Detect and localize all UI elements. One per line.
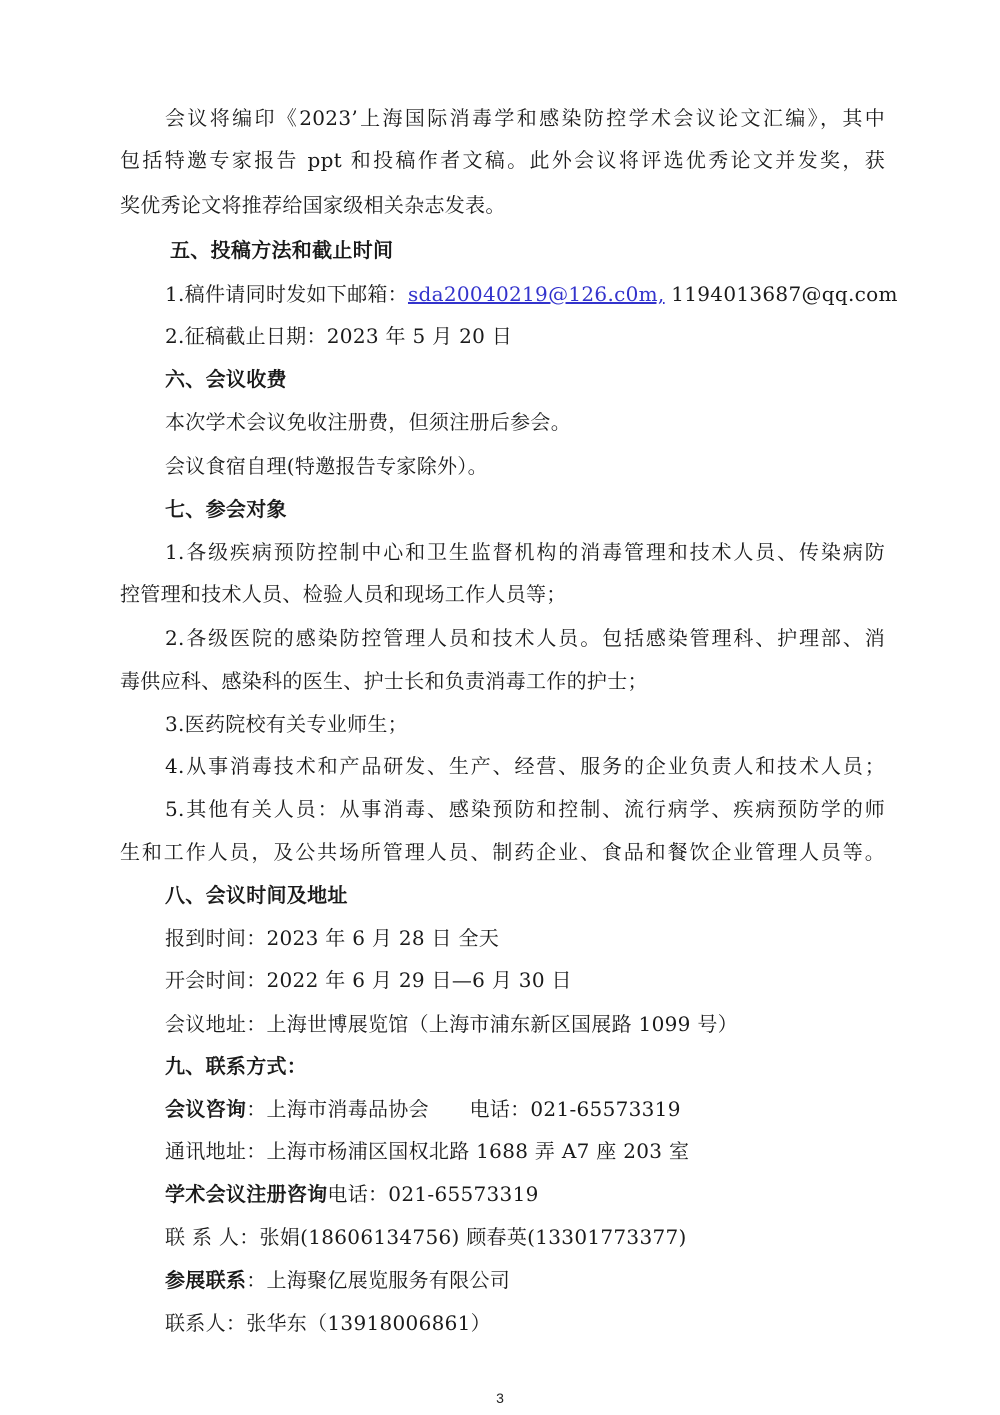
exhibit-value: ：上海聚亿展览服务有限公司 xyxy=(246,1268,510,1292)
attendee-item-4: 4.从事消毒技术和产品研发、生产、经营、服务的企业负责人和技术人员； xyxy=(165,752,885,780)
section-6-heading: 六、会议收费 xyxy=(165,365,287,393)
attendee-item-1-line-2: 控管理和技术人员、检验人员和现场工作人员等； xyxy=(120,580,567,608)
page-number: 3 xyxy=(0,1390,1000,1406)
section-7-heading: 七、参会对象 xyxy=(165,495,287,523)
submission-deadline: 2.征稿截止日期：2023 年 5 月 20 日 xyxy=(165,322,512,350)
fee-line-2: 会议食宿自理(特邀报告专家除外）。 xyxy=(165,452,488,480)
intro-paragraph-line-2: 包括特邀专家报告 ppt 和投稿作者文稿。此外会议将评选优秀论文并发奖，获 xyxy=(120,146,885,174)
section-5-heading: 五、投稿方法和截止时间 xyxy=(170,236,393,264)
submission-email-line: 1.稿件请同时发如下邮箱：sda20040219@126.c0m, 119401… xyxy=(165,280,898,308)
attendee-item-5-line-2: 生和工作人员，及公共场所管理人员、制药企业、食品和餐饮企业管理人员等。 xyxy=(120,838,885,866)
email-qq: 1194013687@qq.com xyxy=(665,282,898,306)
meeting-time: 开会时间：2022 年 6 月 29 日—6 月 30 日 xyxy=(165,966,572,994)
submission-email-prefix: 1.稿件请同时发如下邮箱： xyxy=(165,282,408,306)
section-8-heading: 八、会议时间及地址 xyxy=(165,881,348,909)
exhibit-contact: 联系人：张华东（13918006861） xyxy=(165,1309,491,1337)
section-9-heading: 九、联系方式： xyxy=(165,1052,307,1080)
consult-value: ：上海市消毒品协会 电话：021-65573319 xyxy=(246,1097,681,1121)
register-value: 电话：021-65573319 xyxy=(327,1182,538,1206)
consult-label: 会议咨询 xyxy=(165,1097,246,1121)
attendee-item-3: 3.医药院校有关专业师生； xyxy=(165,710,408,738)
register-label: 学术会议注册咨询 xyxy=(165,1182,327,1206)
meeting-venue: 会议地址：上海世博展览馆（上海市浦东新区国展路 1099 号） xyxy=(165,1010,738,1038)
exhibit-label: 参展联系 xyxy=(165,1268,246,1292)
attendee-item-2-line-1: 2.各级医院的感染防控管理人员和技术人员。包括感染管理科、护理部、消 xyxy=(165,624,885,652)
mailing-address: 通讯地址：上海市杨浦区国权北路 1688 弄 A7 座 203 室 xyxy=(165,1137,689,1165)
exhibit-line: 参展联系：上海聚亿展览服务有限公司 xyxy=(165,1266,510,1294)
attendee-item-2-line-2: 毒供应科、感染科的医生、护士长和负责消毒工作的护士； xyxy=(120,667,648,695)
contact-persons: 联 系 人：张娟(18606134756) 顾春英(13301773377) xyxy=(165,1223,687,1251)
email-link-126[interactable]: sda20040219@126.c0m, xyxy=(408,282,665,306)
intro-paragraph-line-1: 会议将编印《2023’上海国际消毒学和感染防控学术会议论文汇编》，其中 xyxy=(165,104,885,132)
consult-line: 会议咨询：上海市消毒品协会 电话：021-65573319 xyxy=(165,1095,681,1123)
fee-line-1: 本次学术会议免收注册费，但须注册后参会。 xyxy=(165,408,571,436)
checkin-time: 报到时间：2023 年 6 月 28 日 全天 xyxy=(165,924,499,952)
attendee-item-5-line-1: 5.其他有关人员：从事消毒、感染预防和控制、流行病学、疾病预防学的师 xyxy=(165,795,885,823)
attendee-item-1-line-1: 1.各级疾病预防控制中心和卫生监督机构的消毒管理和技术人员、传染病防 xyxy=(165,538,885,566)
document-page: 会议将编印《2023’上海国际消毒学和感染防控学术会议论文汇编》，其中 包括特邀… xyxy=(0,0,1000,1415)
intro-paragraph-line-3: 奖优秀论文将推荐给国家级相关杂志发表。 xyxy=(120,191,506,219)
register-line: 学术会议注册咨询电话：021-65573319 xyxy=(165,1180,539,1208)
